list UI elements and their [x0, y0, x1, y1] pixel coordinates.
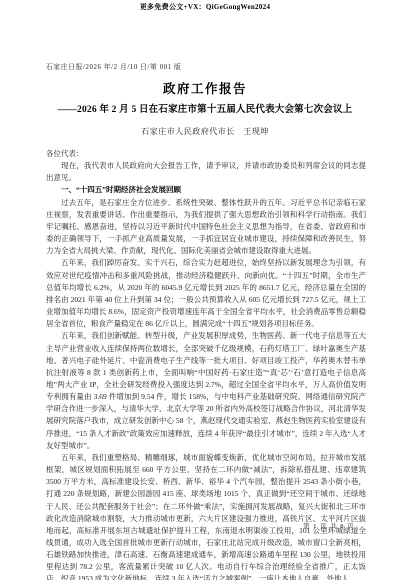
report-title: 政府工作报告: [0, 79, 410, 97]
section-heading: 一、“十四五”时期经济社会发展回顾: [46, 184, 366, 196]
report-author-line: 石家庄市人民政府代市长 王现坤: [0, 126, 410, 137]
newspaper-source-line: 石家庄日报/2026 年/2 月/10 日/第 001 版: [46, 61, 181, 71]
paragraph: 五年来，我们创新赋能、转型升级，产业发展积厚成势，生物医药、新一代电子信息等五大…: [46, 330, 366, 452]
paragraph: 五年来，我们重塑格局、精雕细琢，城市面貌蝶变焕新，优化城市空间布局，拉开城市发展…: [46, 452, 366, 580]
report-subtitle: ——2026 年 2 月 5 日在石家庄市第十五届人民代表大会第七次会议上: [0, 101, 410, 115]
footer-page-number: 第 1 页 共 8 页: [303, 521, 355, 530]
paragraph: 现在，我代表市人民政府向大会报告工作，请予审议，并请市政协委员和列席会议的同志提…: [46, 160, 366, 184]
paragraph: 各位代表：: [46, 148, 366, 160]
document-body: 各位代表：现在，我代表市人民政府向大会报告工作，请予审议，并请市政协委员和列席会…: [46, 148, 366, 580]
paragraph: 过去五年，是石家庄全方位进步、系统性突破、整体性跃升的五年。习近平总书记亲临石家…: [46, 197, 366, 258]
watermark-banner: 更多免费公文+VX：QiGeGongWen2024: [0, 2, 410, 12]
document-page: 更多免费公文+VX：QiGeGongWen2024 石家庄日报/2026 年/2…: [0, 0, 410, 580]
paragraph: 五年来，我们踔厉奋发、实干兴石，综合实力赶超进位，始终坚持以新发展理念为引领，有…: [46, 257, 366, 330]
